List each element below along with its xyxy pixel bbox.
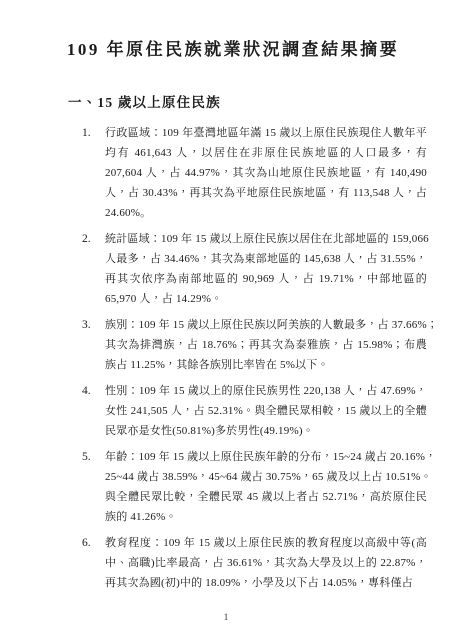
item-number: 4. bbox=[82, 381, 91, 401]
item-number: 1. bbox=[82, 123, 91, 143]
text-line: 族別：109 年 15 歲以上原住民族以阿美族的人數最多，占 37.66%； bbox=[105, 315, 427, 335]
text-line: 女性 241,505 人，占 52.31%。與全體民眾相較，15 歲以上的全體 bbox=[105, 401, 427, 421]
text-line: 24.60%。 bbox=[105, 203, 427, 223]
text-line: 民眾亦是女性(50.81%)多於男性(49.19%)。 bbox=[105, 421, 427, 441]
list-item: 6.教育程度：109 年 15 歲以上原住民族的教育程度以高級中等(高中、高職)… bbox=[82, 533, 427, 593]
item-number: 2. bbox=[82, 229, 91, 249]
text-line: 性別：109 年 15 歲以上的原住民族男性 220,138 人，占 47.69… bbox=[105, 381, 427, 401]
text-line: 人最多，占 34.46%，其次為東部地區的 145,638 人，占 31.55%… bbox=[105, 249, 427, 269]
text-line: 人，占 30.43%，再其次為平地原住民族地區，有 113,548 人，占 bbox=[105, 183, 427, 203]
text-line: 均有 461,643 人，以居住在非原住民族地區的人口最多，有 bbox=[105, 143, 427, 163]
text-line: 再其次為國(初)中的 18.09%，小學及以下占 14.05%，專科僅占 bbox=[105, 573, 427, 593]
text-line: 25~44 歲占 38.59%，45~64 歲占 30.75%，65 歲及以上占… bbox=[105, 467, 427, 487]
list-item: 2.統計區域：109 年 15 歲以上原住民族以居住在北部地區的 159,066… bbox=[82, 229, 427, 309]
document-page: 109 年原住民族就業狀況調查結果摘要 一、15 歲以上原住民族 1.行政區域：… bbox=[0, 0, 452, 640]
text-line: 65,970 人，占 14.29%。 bbox=[105, 289, 427, 309]
text-line: 行政區域：109 年臺灣地區年滿 15 歲以上原住民族現住人數年平 bbox=[105, 123, 427, 143]
item-number: 3. bbox=[82, 315, 91, 335]
list-item: 3.族別：109 年 15 歲以上原住民族以阿美族的人數最多，占 37.66%；… bbox=[82, 315, 427, 375]
item-number: 6. bbox=[82, 533, 91, 553]
item-number: 5. bbox=[82, 447, 91, 467]
text-line: 207,604 人，占 44.97%，其次為山地原住民族地區，有 140,490 bbox=[105, 163, 427, 183]
text-line: 再其次依序為南部地區的 90,969 人，占 19.71%，中部地區的 bbox=[105, 269, 427, 289]
list-item: 1.行政區域：109 年臺灣地區年滿 15 歲以上原住民族現住人數年平均有 46… bbox=[82, 123, 427, 223]
text-line: 教育程度：109 年 15 歲以上原住民族的教育程度以高級中等(高 bbox=[105, 533, 427, 553]
text-line: 年齡：109 年 15 歲以上原住民族年齡的分布，15~24 歲占 20.16%… bbox=[105, 447, 427, 467]
text-line: 中、高職)比率最高，占 36.61%，其次為大學及以上的 22.87%， bbox=[105, 553, 427, 573]
document-title: 109 年原住民族就業狀況調查結果摘要 bbox=[0, 38, 452, 62]
numbered-list: 1.行政區域：109 年臺灣地區年滿 15 歲以上原住民族現住人數年平均有 46… bbox=[82, 123, 427, 593]
text-line: 族占 11.25%，其餘各族別比率皆在 5%以下。 bbox=[105, 355, 427, 375]
text-line: 統計區域：109 年 15 歲以上原住民族以居住在北部地區的 159,066 bbox=[105, 229, 427, 249]
text-line: 與全體民眾比較，全體民眾 45 歲以上者占 52.71%，高於原住民 bbox=[105, 487, 427, 507]
list-item: 5.年齡：109 年 15 歲以上原住民族年齡的分布，15~24 歲占 20.1… bbox=[82, 447, 427, 527]
text-line: 其次為排灣族，占 18.76%；再其次為泰雅族，占 15.98%；布農 bbox=[105, 335, 427, 355]
page-number: 1 bbox=[0, 612, 452, 622]
list-item: 4.性別：109 年 15 歲以上的原住民族男性 220,138 人，占 47.… bbox=[82, 381, 427, 441]
section-heading: 一、15 歲以上原住民族 bbox=[68, 93, 452, 112]
text-line: 族的 41.26%。 bbox=[105, 507, 427, 527]
